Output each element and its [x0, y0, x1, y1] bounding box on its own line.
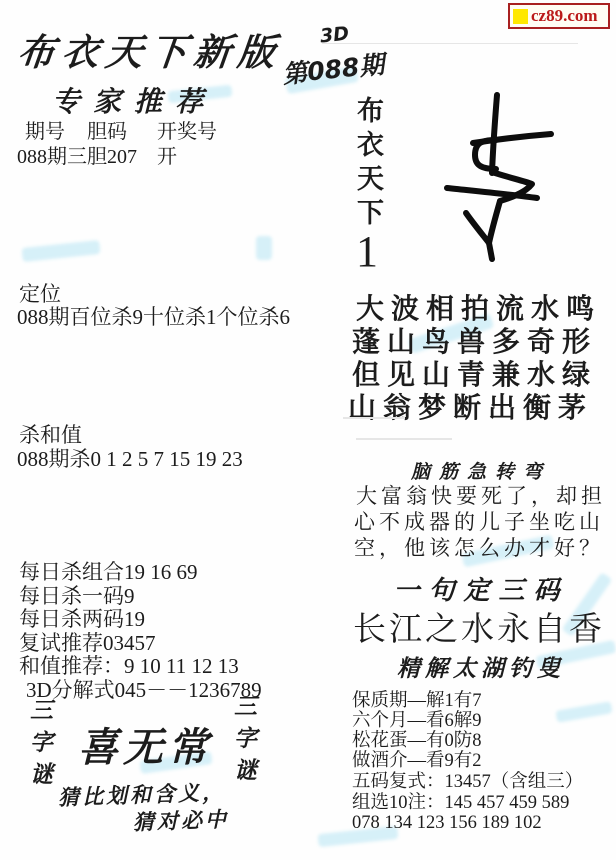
poem-line: 大波相拍流水鸣	[356, 292, 601, 325]
expert-recommend-title: 专家推荐	[52, 80, 216, 120]
brainteaser-line: 心不成器的儿子坐吃山	[354, 509, 604, 536]
taihu-title: 精解太湖钓叟	[352, 650, 610, 683]
header-divider	[322, 43, 578, 44]
riddle-side-label-right: 三字谜	[228, 694, 258, 790]
taihu-line: 六个月—看6解9	[352, 711, 482, 731]
yellow-square-icon	[513, 9, 528, 24]
brand-number: 1	[356, 230, 378, 274]
issue-number: 第088期	[280, 45, 385, 91]
poem-line: 但见山青兼水绿	[352, 358, 597, 391]
brainteaser-title: 脑筋急转弯	[352, 457, 610, 484]
site-banner-link[interactable]: cz89.com	[508, 3, 610, 29]
brainteaser-line: 空，他该怎么办才好？	[354, 535, 604, 562]
taihu-line: 组选10注：145 457 459 589	[352, 793, 569, 813]
one-sentence-text: 长江之水永自香	[353, 603, 605, 650]
page-title: 布衣天下新版	[15, 22, 285, 76]
one-sentence-title: 一句定三码	[352, 570, 610, 607]
table-row-dan: 088期三胆207	[17, 140, 137, 169]
taihu-line: 五码复式：13457（含组三）	[352, 772, 583, 792]
lottery-tip-sheet: { "banner": { "site_label": "cz89.com", …	[0, 0, 616, 860]
watermark	[555, 701, 612, 723]
scan-line	[343, 417, 405, 419]
watermark	[256, 236, 272, 260]
hand-drawn-charm-glyph	[420, 85, 600, 275]
taihu-line: 做酒介—看9有2	[352, 751, 482, 771]
watermark	[21, 240, 100, 262]
sha-hezhi-line: 088期杀0 1 2 5 7 15 19 23	[17, 443, 243, 473]
brand-vertical-label: 布衣天下	[350, 96, 384, 232]
taihu-line: 松花蛋—有0防8	[352, 731, 482, 751]
site-banner-label: cz89.com	[531, 6, 598, 26]
decompose-formula: 3D分解式045－－1236789	[26, 674, 262, 704]
poem-line: 山翁梦断出衡茅	[348, 391, 593, 424]
riddle-side-label-left: 三字谜	[24, 698, 54, 794]
table-row-draw: 开	[157, 140, 177, 169]
riddle-answer: 喜无常	[78, 716, 213, 773]
taihu-line: 078 134 123 156 189 102	[352, 813, 542, 833]
riddle-hint-line2: 猜对必中	[133, 803, 230, 836]
scan-line	[356, 438, 452, 440]
dingwei-line: 088期百位杀9十位杀1个位杀6	[17, 301, 290, 331]
poem-line: 蓬山鸟兽多奇形	[352, 325, 597, 358]
brainteaser-line: 大富翁快要死了，却担	[356, 483, 606, 510]
taihu-line: 保质期—解1有7	[352, 691, 482, 711]
